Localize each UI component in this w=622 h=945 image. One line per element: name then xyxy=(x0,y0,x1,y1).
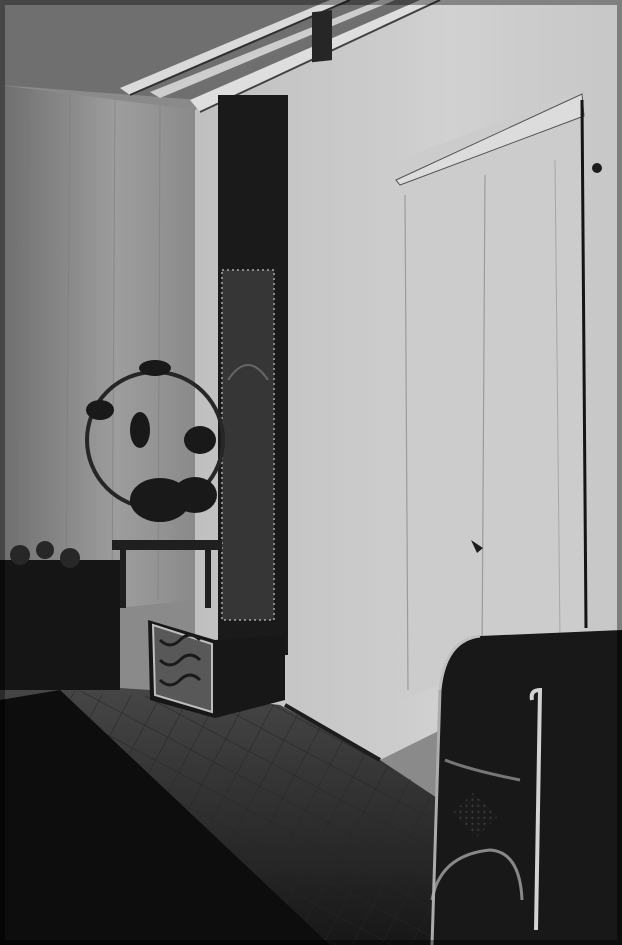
mirror xyxy=(218,95,288,655)
photograph: Interior corner of a room: paneled door … xyxy=(0,0,622,945)
door xyxy=(396,92,602,700)
room-scene xyxy=(0,0,622,945)
left-wall xyxy=(0,85,195,620)
wicker-chair xyxy=(430,630,622,945)
